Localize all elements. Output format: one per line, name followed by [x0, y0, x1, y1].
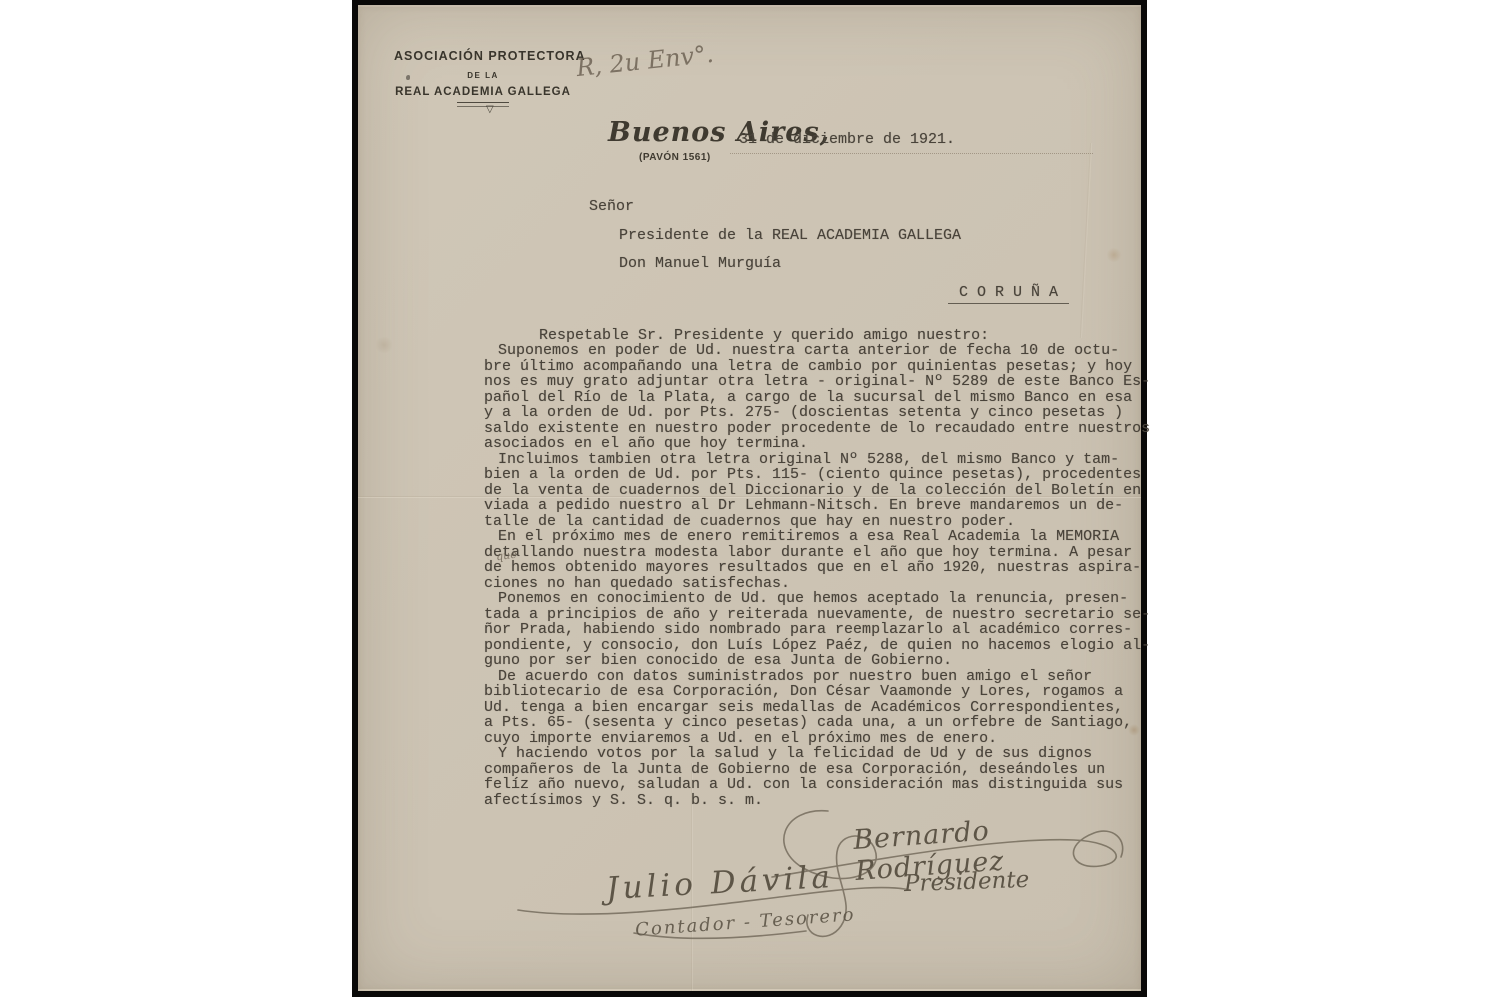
letterhead-de-la: DE LA — [394, 71, 572, 80]
paragraph: Incluimos tambien otra letra original Nº… — [484, 452, 1184, 530]
paragraph: De acuerdo con datos suministrados por n… — [484, 669, 1184, 747]
letterhead-org-name: ASOCIACIÓN PROTECTORA — [394, 49, 572, 63]
paragraph: En el próximo mes de enero remitiremos a… — [484, 529, 1184, 591]
recipient-name: Don Manuel Murguía — [619, 255, 781, 272]
president-title-script: Presidente — [904, 867, 1030, 897]
treasurer-title-script: Contador - Tesorero — [635, 904, 857, 940]
paper-stain — [1106, 248, 1122, 262]
street-address-note: (PAVÓN 1561) — [639, 152, 711, 163]
letterhead: ASOCIACIÓN PROTECTORA DE LA REAL ACADEMI… — [394, 49, 572, 98]
paragraph: Ponemos en conocimiento de Ud. que hemos… — [484, 591, 1184, 669]
recipient-salutation: Señor — [589, 198, 634, 215]
letter-photo-frame: ASOCIACIÓN PROTECTORA DE LA REAL ACADEMI… — [352, 0, 1147, 997]
paragraph: Y haciendo votos por la salud y la felic… — [484, 746, 1184, 808]
handwritten-registry-note: R, 2u Env°. — [575, 40, 715, 82]
recipient-city: C O R U Ñ A — [948, 284, 1069, 304]
recipient-title: Presidente de la REAL ACADEMIA GALLEGA — [619, 227, 961, 244]
paragraph: Suponemos en poder de Ud. nuestra carta … — [484, 343, 1184, 452]
treasurer-signature: Julio Dávila — [605, 859, 834, 907]
letterhead-emblem-icon: ▽ — [486, 104, 494, 115]
paper-stain — [374, 337, 394, 353]
date-dotted-rule — [730, 152, 1093, 154]
letter-paper: ASOCIACIÓN PROTECTORA DE LA REAL ACADEMI… — [358, 5, 1141, 991]
letterhead-academy-name: REAL ACADEMIA GALLEGA — [394, 86, 572, 98]
diagonal-crease — [1080, 143, 1092, 338]
typed-date: 31 de diciembre de 1921. — [739, 131, 955, 148]
letterhead-rule-icon — [457, 102, 509, 107]
letter-body: Suponemos en poder de Ud. nuestra carta … — [484, 343, 1184, 808]
print-speck — [406, 75, 410, 80]
scanned-letter-view: ASOCIACIÓN PROTECTORA DE LA REAL ACADEMI… — [0, 0, 1500, 1000]
